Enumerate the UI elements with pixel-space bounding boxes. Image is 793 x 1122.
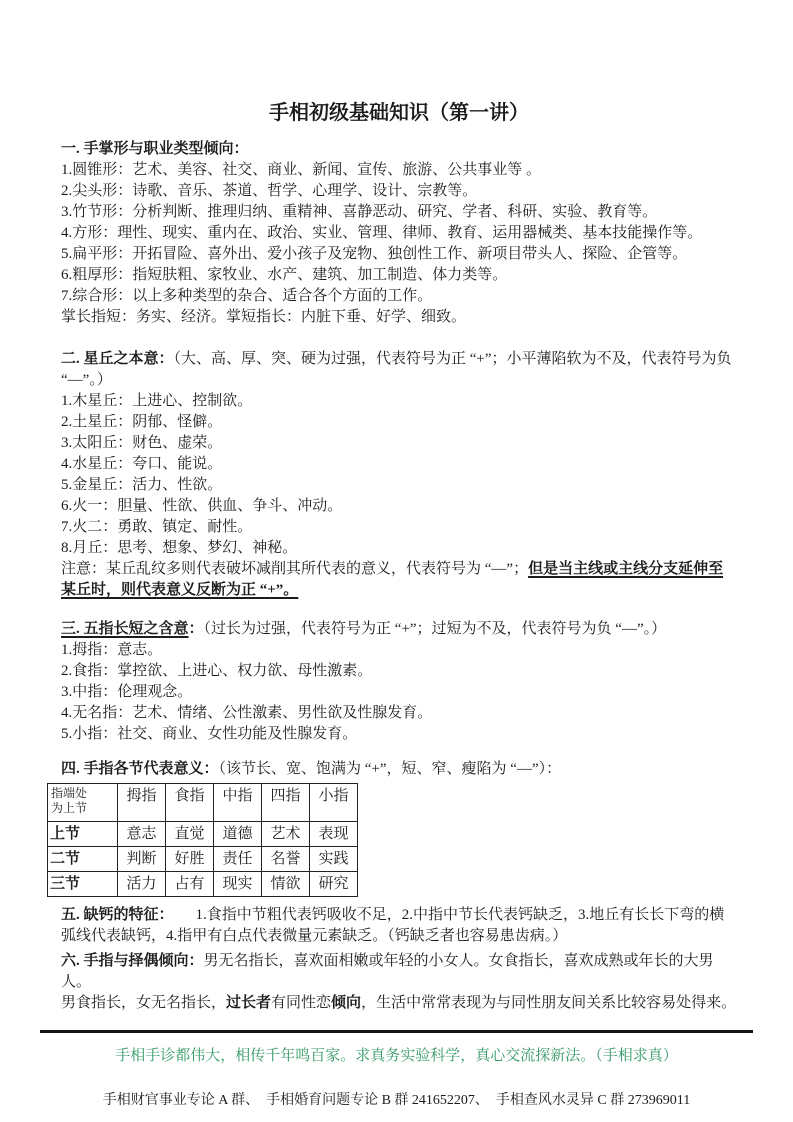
section-body: 六. 手指与择偶倾向：男无名指长，喜欢面相嫩或年轻的小女人。女食指长，喜欢成熟或…	[61, 951, 737, 993]
column-header: 小指	[310, 784, 358, 822]
list-item: 1.圆锥形：艺术、美容、社交、商业、新闻、宣传、旅游、公共事业等 。	[61, 160, 737, 181]
list-item: 8.月丘：思考、想象、梦幻、神秘。	[61, 538, 737, 559]
section-heading: 六. 手指与择偶倾向：	[61, 953, 204, 969]
list-item: 1.拇指：意志。	[61, 640, 737, 661]
list-item: 2.尖头形：诗歌、音乐、茶道、哲学、心理学、设计、宗教等。	[61, 181, 737, 202]
row-label: 二节	[48, 847, 118, 872]
table-cell: 责任	[214, 847, 262, 872]
column-header: 食指	[166, 784, 214, 822]
list-item: 掌长指短：务实、经济。掌短指长：内脏下垂、好学、细致。	[61, 307, 737, 328]
list-item: 5.金星丘：活力、性欲。	[61, 475, 737, 496]
table-cell: 道德	[214, 822, 262, 847]
list-item: 5.扁平形：开拓冒险、喜外出、爱小孩子及宠物、独创性工作、新项目带头人、探险、企…	[61, 244, 737, 265]
table-cell: 实践	[310, 847, 358, 872]
column-header: 中指	[214, 784, 262, 822]
section-palm-shapes: 一. 手掌形与职业类型倾向： 1.圆锥形：艺术、美容、社交、商业、新闻、宣传、旅…	[61, 139, 737, 328]
section-heading: 二. 星丘之本意：（大、高、厚、突、硬为过强，代表符号为正 “+”；小平薄陷软为…	[61, 349, 737, 391]
table-row: 二节 判断 好胜 责任 名誉 实践	[48, 847, 358, 872]
document-body: 手相初级基础知识（第一讲） 一. 手掌形与职业类型倾向： 1.圆锥形：艺术、美容…	[0, 0, 793, 1014]
table-cell: 情欲	[262, 872, 310, 897]
section-heading: 三. 五指长短之含意：（过长为过强，代表符号为正 “+”；过短为不及，代表符号为…	[61, 619, 737, 640]
row-label: 三节	[48, 872, 118, 897]
section-body-line2: 男食指长，女无名指长，过长者有同性恋倾向，生活中常常表现为与同性朋友间关系比较容…	[61, 993, 737, 1014]
table-cell: 名誉	[262, 847, 310, 872]
section-finger-joints: 四. 手指各节代表意义：（该节长、宽、饱满为 “+”，短、窄、瘦陷为 “—”）：…	[61, 759, 737, 897]
section-calcium: 五. 缺钙的特征：1.食指中节粗代表钙吸收不足，2.中指中节长代表钙缺乏，3.地…	[61, 905, 737, 947]
table-cell: 活力	[118, 872, 166, 897]
list-item: 6.火一：胆量、性欲、供血、争斗、冲动。	[61, 496, 737, 517]
finger-joints-table: 指端处 为上节 拇指 食指 中指 四指 小指 上节 意志 直觉 道德 艺术 表现	[47, 783, 358, 897]
list-item: 6.粗厚形：指短肤粗、家牧业、水产、建筑、加工制造、体力类等。	[61, 265, 737, 286]
list-item: 7.综合形：以上多种类型的杂合、适合各个方面的工作。	[61, 286, 737, 307]
document-page: 手相初级基础知识（第一讲） 一. 手掌形与职业类型倾向： 1.圆锥形：艺术、美容…	[0, 0, 793, 1122]
section-mounts: 二. 星丘之本意：（大、高、厚、突、硬为过强，代表符号为正 “+”；小平薄陷软为…	[61, 349, 737, 601]
list-item: 7.火二：勇敢、镇定、耐性。	[61, 517, 737, 538]
section-finger-lengths: 三. 五指长短之含意：（过长为过强，代表符号为正 “+”；过短为不及，代表符号为…	[61, 619, 737, 745]
table-cell: 表现	[310, 822, 358, 847]
list-item: 3.太阳丘：财色、虚荣。	[61, 433, 737, 454]
list-item: 4.方形：理性、现实、重内在、政治、实业、管理、律师、教育、运用器械类、基本技能…	[61, 223, 737, 244]
column-header: 四指	[262, 784, 310, 822]
table-cell: 意志	[118, 822, 166, 847]
table-row: 三节 活力 占有 现实 情欲 研究	[48, 872, 358, 897]
table-row: 上节 意志 直觉 道德 艺术 表现	[48, 822, 358, 847]
list-item: 2.食指：掌控欲、上进心、权力欲、母性激素。	[61, 661, 737, 682]
list-item: 5.小指：社交、商业、女性功能及性腺发育。	[61, 724, 737, 745]
table-cell: 占有	[166, 872, 214, 897]
table-cell: 研究	[310, 872, 358, 897]
column-header: 拇指	[118, 784, 166, 822]
row-label: 上节	[48, 822, 118, 847]
table-cell: 直觉	[166, 822, 214, 847]
table-cell: 判断	[118, 847, 166, 872]
footer-divider-line	[40, 1030, 753, 1033]
list-item: 4.无名指：艺术、情绪、公性激素、男性欲及性腺发育。	[61, 703, 737, 724]
table-corner-cell: 指端处 为上节	[48, 784, 118, 822]
list-item: 1.木星丘：上进心、控制欲。	[61, 391, 737, 412]
footer-slogan: 手相手诊都伟大，相传千年鸣百家。求真务实验科学，真心交流探新法。（手相求真）	[0, 1046, 793, 1067]
table-cell: 好胜	[166, 847, 214, 872]
note-text: 注意：某丘乱纹多则代表破坏减削其所代表的意义，代表符号为 “—”；但是当主线或主…	[61, 559, 737, 601]
section-body: 五. 缺钙的特征：1.食指中节粗代表钙吸收不足，2.中指中节长代表钙缺乏，3.地…	[61, 905, 737, 947]
list-item: 2.土星丘：阴郁、怪僻。	[61, 412, 737, 433]
page-title: 手相初级基础知识（第一讲）	[61, 100, 737, 127]
list-item: 3.中指：伦理观念。	[61, 682, 737, 703]
qq-groups-line: 手相财官事业专论 A 群、 手相婚育问题专论 B 群 241652207、 手相…	[0, 1091, 793, 1111]
section-heading: 一. 手掌形与职业类型倾向：	[61, 139, 737, 160]
table-cell: 艺术	[262, 822, 310, 847]
list-item: 3.竹节形：分析判断、推理归纳、重精神、喜静恶动、研究、学者、科研、实验、教育等…	[61, 202, 737, 223]
table-cell: 现实	[214, 872, 262, 897]
section-heading: 四. 手指各节代表意义：（该节长、宽、饱满为 “+”，短、窄、瘦陷为 “—”）：	[61, 759, 737, 780]
section-heading: 五. 缺钙的特征：	[61, 907, 174, 923]
list-item: 4.水星丘：夸口、能说。	[61, 454, 737, 475]
table-header-row: 指端处 为上节 拇指 食指 中指 四指 小指	[48, 784, 358, 822]
section-mate-preference: 六. 手指与择偶倾向：男无名指长，喜欢面相嫩或年轻的小女人。女食指长，喜欢成熟或…	[61, 951, 737, 1014]
